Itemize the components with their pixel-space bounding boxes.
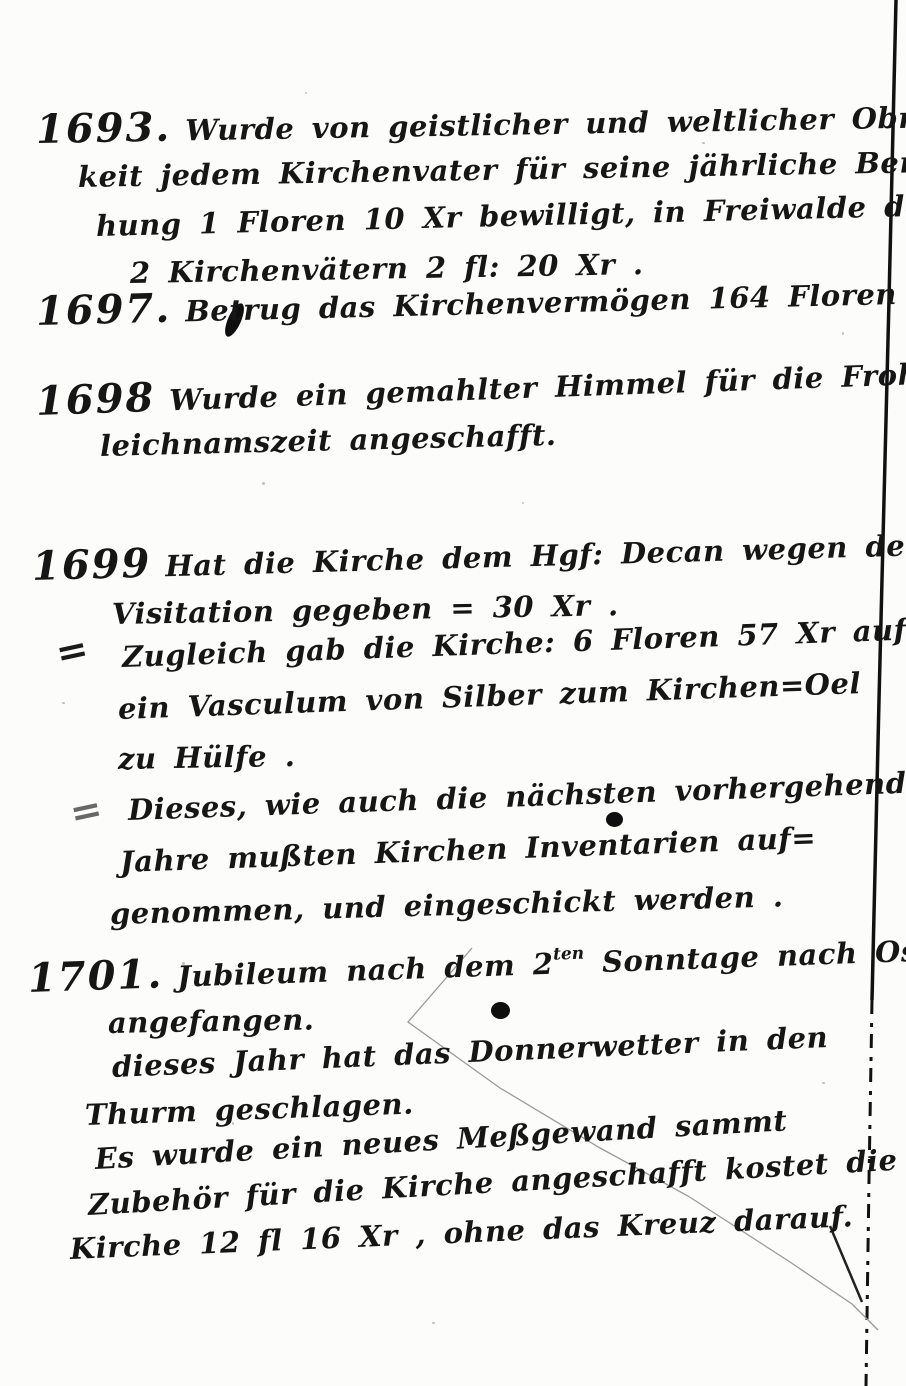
entry-1701-line: Thurm geschlagen. — [84, 1087, 414, 1132]
entry-text: Betrug das Kirchenvermögen 164 Floren 30… — [185, 274, 906, 328]
entry-text: Sonntage nach Ostern — [601, 931, 906, 978]
entry-text: angefangen. — [108, 1002, 315, 1040]
entry-year: 1699 — [31, 539, 166, 590]
entry-text: Thurm geschlagen. — [84, 1087, 414, 1132]
margin-dash: = — [66, 785, 105, 835]
binding-rule-lower — [866, 1000, 872, 1386]
entry-text: zu Hülfe . — [118, 739, 296, 776]
entry-1699-line: 1699Hat die Kirche dem Hgf: Decan wegen … — [31, 518, 906, 590]
paper-speck — [62, 702, 65, 704]
paper-speck — [305, 92, 307, 94]
entry-text: genommen, und eingeschickt werden . — [110, 879, 784, 931]
entry-text: keit jedem Kirchenvater für seine jährli… — [78, 144, 906, 194]
entry-1699-sub-line: ein Vasculum von Silber zum Kirchen=Oel — [117, 666, 861, 726]
entry-text: leichnamszeit angeschafft. — [100, 418, 557, 463]
entry-1699-sub-line: genommen, und eingeschickt werden . — [110, 879, 784, 931]
ink-blot — [606, 812, 623, 827]
entry-text: Wurde von geistlicher und weltlicher Obr… — [185, 100, 906, 148]
entry-1701-line: 1701.Jubileum nach dem 2ten Sonntage nac… — [27, 922, 906, 1002]
entry-1693-line: 1693.Wurde von geistlicher und weltliche… — [36, 90, 906, 153]
entry-year: 1697. — [35, 284, 185, 335]
entry-1699-sub-line: Jahre mußten Kirchen Inventarien auf= — [119, 821, 816, 879]
entry-1698-line: leichnamszeit angeschafft. — [100, 418, 557, 463]
document-page: 1693.Wurde von geistlicher und weltliche… — [0, 0, 906, 1386]
entry-1693-line: keit jedem Kirchenvater für seine jährli… — [78, 144, 906, 194]
paper-speck — [822, 1082, 825, 1084]
paper-speck — [262, 482, 265, 485]
entry-text: ein Vasculum von Silber zum Kirchen=Oel — [117, 666, 861, 726]
paper-speck — [702, 142, 705, 144]
entry-year: 1701. — [27, 950, 178, 1002]
entry-year: 1698 — [35, 373, 170, 425]
crease-line-tail — [830, 1226, 862, 1302]
entry-1701-line: angefangen. — [108, 1002, 315, 1040]
paper-speck — [432, 1322, 435, 1324]
entry-text: Jubileum nach dem 2 — [177, 947, 554, 994]
entry-text: Wurde ein gemahlter Himmel für die Frohn… — [169, 356, 906, 418]
entry-year: 1693. — [36, 103, 186, 153]
paper-speck — [522, 502, 524, 504]
entry-1698-line: 1698Wurde ein gemahlter Himmel für die F… — [35, 346, 906, 425]
entry-text: Hat die Kirche dem Hgf: Decan wegen der — [165, 528, 906, 583]
entry-text: hung 1 Floren 10 Xr bewilligt, in Freiwa… — [96, 188, 906, 243]
margin-dash: = — [52, 625, 91, 675]
entry-1693-line: hung 1 Floren 10 Xr bewilligt, in Freiwa… — [96, 188, 906, 243]
entry-1699-sub-line: zu Hülfe . — [118, 739, 296, 776]
ink-blot — [491, 1002, 510, 1019]
entry-text-superscript: ten — [553, 944, 585, 965]
entry-text: Jahre mußten Kirchen Inventarien auf= — [119, 821, 816, 879]
paper-speck — [842, 332, 844, 335]
